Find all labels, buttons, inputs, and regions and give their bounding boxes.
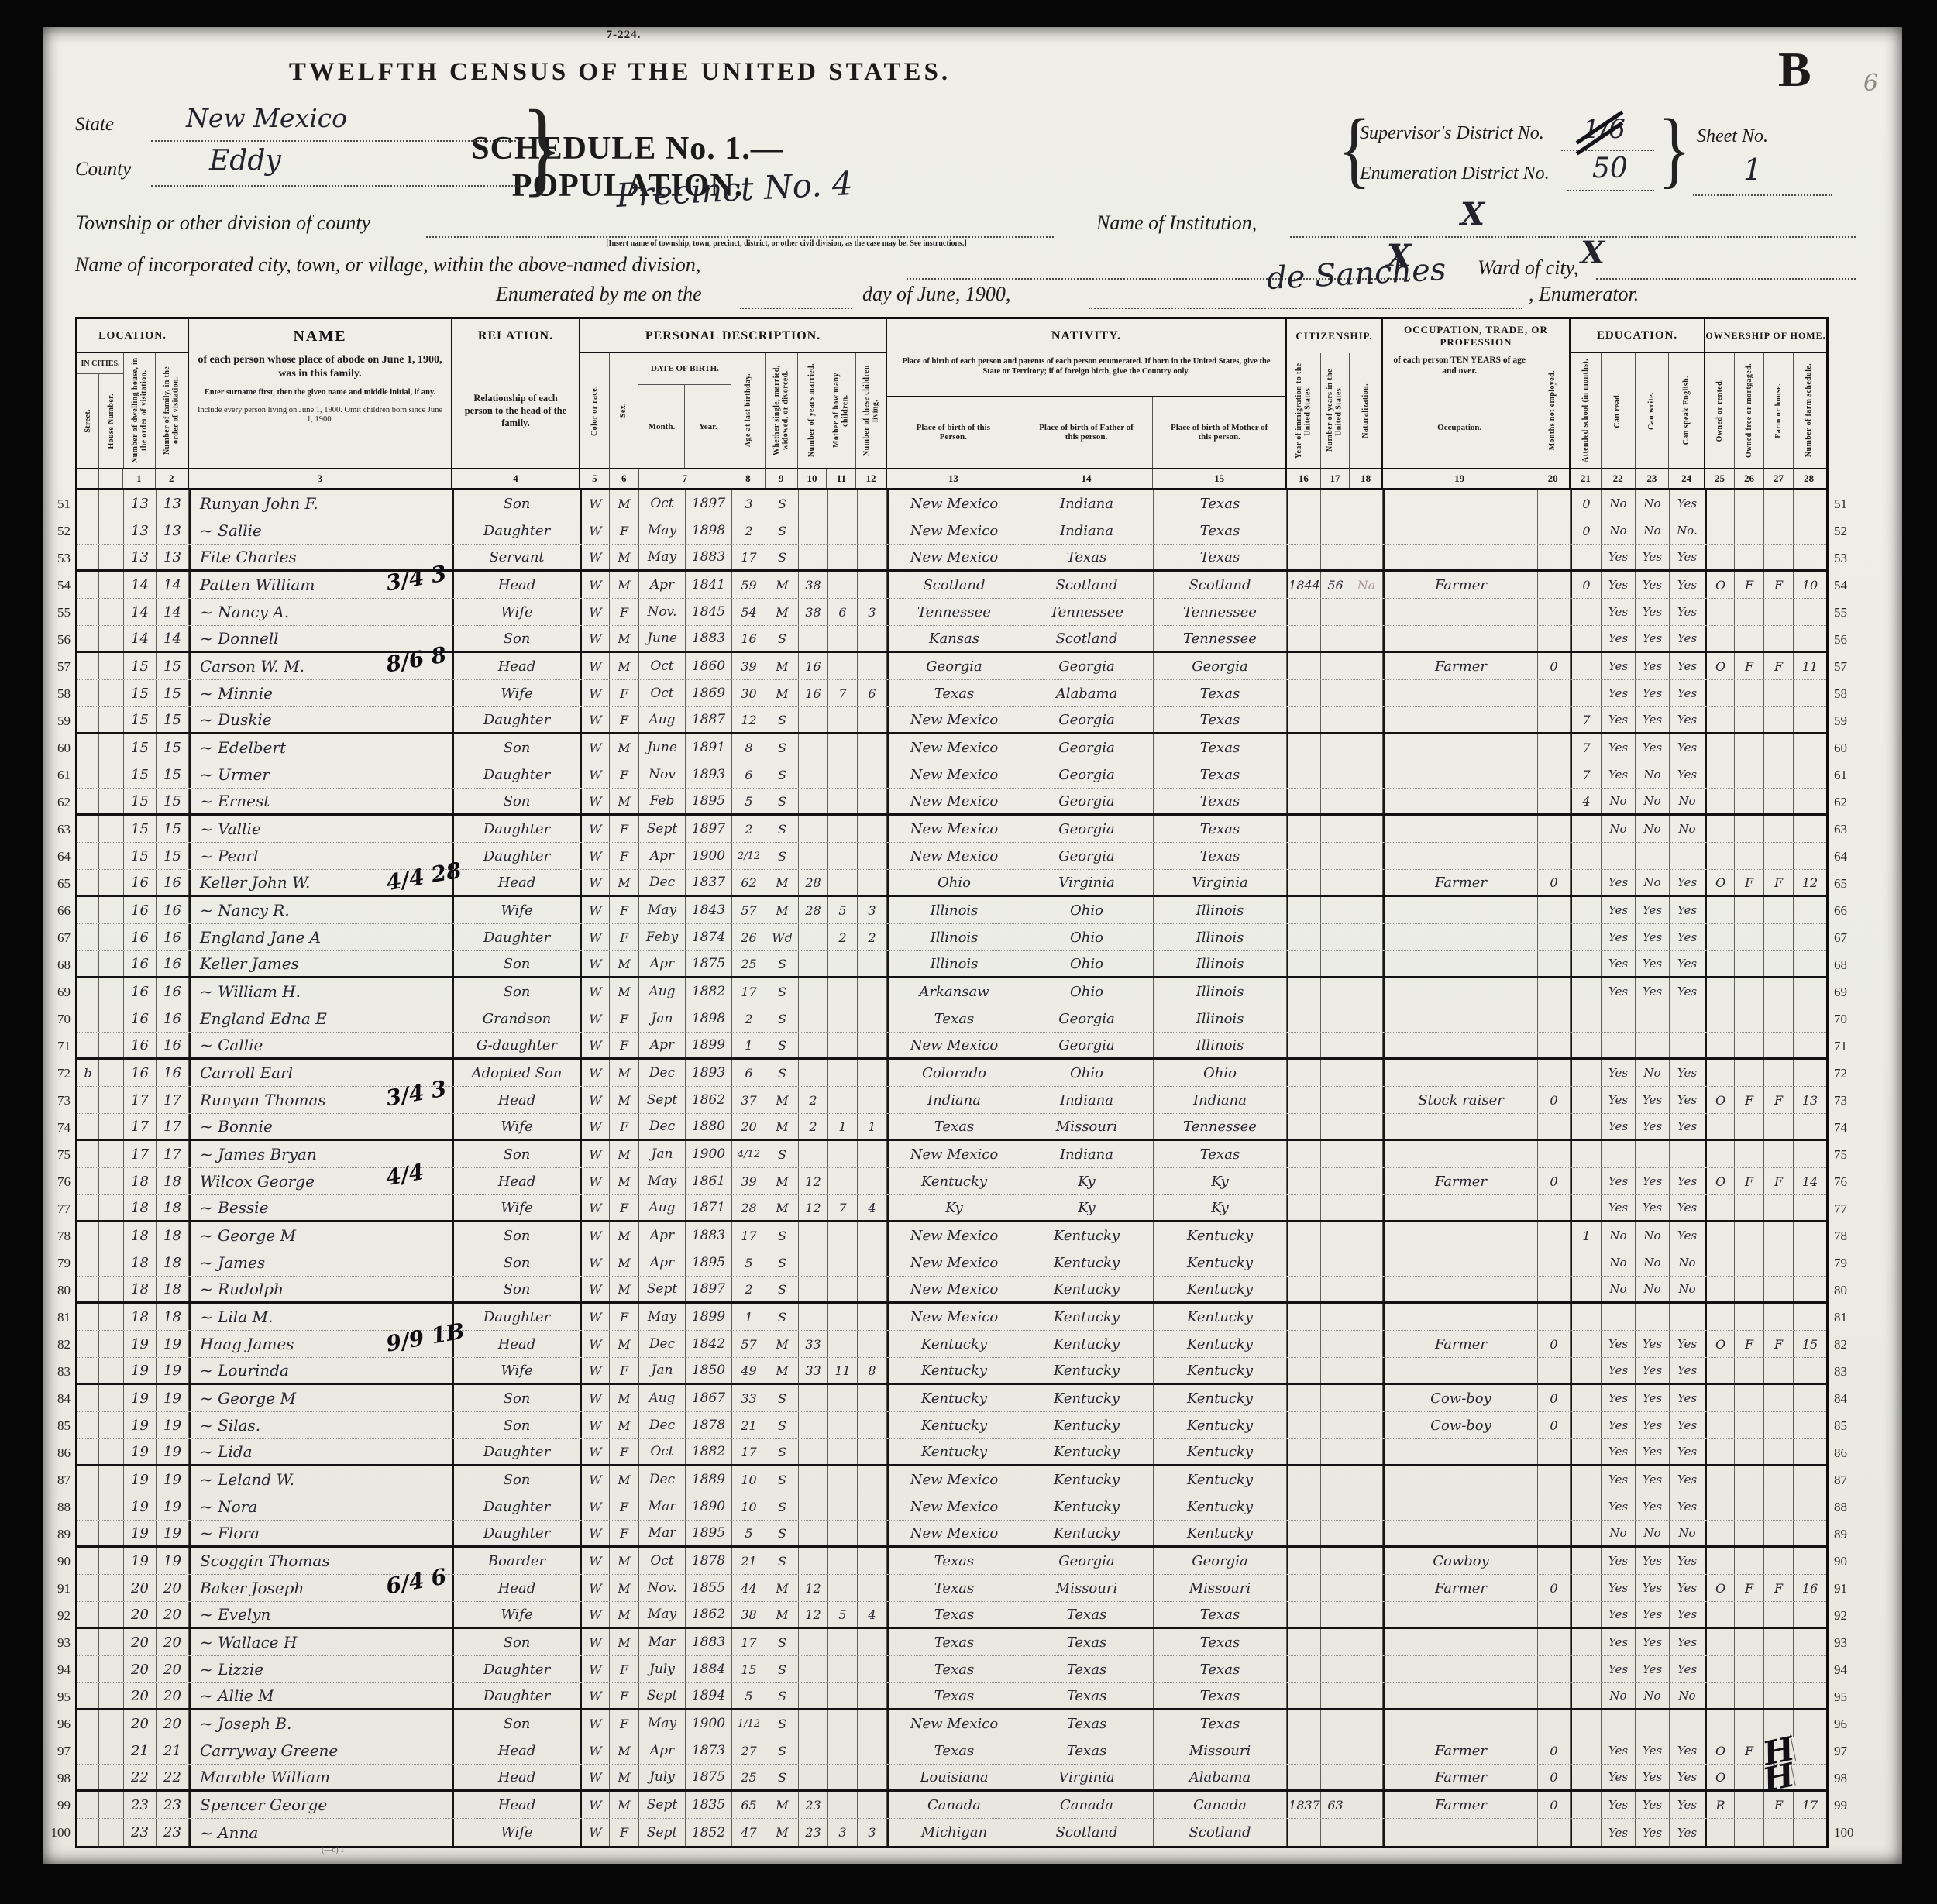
line-number: 85 <box>1829 1412 1855 1439</box>
cell-col-29 <box>1764 1493 1794 1520</box>
cell-col-15: Texas <box>887 1602 1020 1627</box>
cell-col-15: Kentucky <box>887 1385 1020 1411</box>
cell-col-17: Kentucky <box>1154 1493 1287 1520</box>
census-row: 1717~ BonnieWifeWFDec188020M211TexasMiss… <box>77 1114 1826 1141</box>
cell-col-6: W <box>580 761 610 788</box>
cell-col-29 <box>1764 545 1794 569</box>
cell-col-16: Missouri <box>1020 1114 1154 1139</box>
cell-col-24: Yes <box>1602 1439 1636 1464</box>
cell-col-24: Yes <box>1602 951 1636 976</box>
cell-col-30 <box>1794 1656 1826 1682</box>
cell-col-30 <box>1794 1683 1826 1708</box>
cell-col-0 <box>77 599 99 625</box>
cell-col-4: Spencer George <box>189 1792 452 1818</box>
state-line <box>151 140 519 142</box>
cell-col-24: Yes <box>1602 1656 1636 1682</box>
line-number: 71 <box>1829 1033 1855 1060</box>
cell-col-7: M <box>610 734 639 761</box>
cell-col-5: Son <box>452 1385 580 1411</box>
cell-col-17: Georgia <box>1154 653 1287 679</box>
cell-col-5: Servant <box>452 545 580 569</box>
cell-col-10: 17 <box>732 1439 766 1464</box>
cell-col-13 <box>828 734 858 761</box>
cell-col-22: 0 <box>1538 1792 1571 1818</box>
cell-col-7: M <box>610 1466 639 1493</box>
cell-col-20 <box>1350 1033 1383 1057</box>
cell-col-25: Yes <box>1636 653 1670 679</box>
cell-col-20 <box>1350 1060 1383 1086</box>
cell-col-22: 0 <box>1538 1385 1571 1411</box>
cell-col-18 <box>1287 653 1321 679</box>
cell-col-9: 1891 <box>686 734 732 761</box>
cell-col-14 <box>858 1222 887 1249</box>
cell-col-21 <box>1383 1141 1538 1167</box>
cell-col-14 <box>858 1656 887 1682</box>
cell-col-30 <box>1794 1710 1826 1737</box>
cell-col-16: Ohio <box>1020 978 1154 1005</box>
enumerator-suffix: , Enumerator. <box>1529 283 1639 306</box>
cell-col-7: F <box>610 1304 639 1330</box>
line-number: 96 <box>49 1710 75 1737</box>
cell-col-17: Scotland <box>1154 1819 1287 1846</box>
cell-col-1 <box>99 1656 124 1682</box>
cell-col-5: Son <box>452 1277 580 1301</box>
cell-col-13 <box>828 761 858 788</box>
cell-col-2: 19 <box>124 1358 157 1383</box>
dwelling-col-label: Number of dwelling house, in the order o… <box>131 356 149 465</box>
cell-col-24: No <box>1602 1277 1636 1301</box>
cell-col-14 <box>858 626 887 651</box>
cell-col-9: 1883 <box>686 545 732 569</box>
cell-col-11: S <box>766 1656 799 1682</box>
cell-col-25 <box>1636 1141 1670 1167</box>
cell-col-3: 18 <box>157 1168 189 1194</box>
cell-col-15: New Mexico <box>887 789 1020 813</box>
cell-col-8: Apr <box>639 1033 686 1057</box>
cell-col-24: Yes <box>1602 1060 1636 1086</box>
cell-col-13 <box>828 951 858 976</box>
cell-col-2: 18 <box>124 1168 157 1194</box>
cell-col-27: O <box>1705 1087 1735 1113</box>
cell-col-11: S <box>766 517 799 544</box>
census-row: 1717~ James BryanSonWMJan19004/12SNew Me… <box>77 1141 1826 1168</box>
cell-col-12 <box>799 1656 828 1682</box>
line-number: 86 <box>1829 1439 1855 1466</box>
line-number: 100 <box>1829 1819 1855 1846</box>
cell-col-14 <box>858 1710 887 1737</box>
cell-col-6: W <box>580 870 610 895</box>
cell-col-2: 19 <box>124 1521 157 1545</box>
cell-col-3: 22 <box>157 1765 189 1789</box>
census-row: 1515~ EdelbertSonWMJune18918SNew MexicoG… <box>77 734 1826 761</box>
cell-col-22 <box>1538 1060 1571 1086</box>
cell-col-28 <box>1735 1277 1764 1301</box>
cell-col-0 <box>77 1033 99 1057</box>
cell-col-10: 4/12 <box>732 1141 766 1167</box>
cell-col-4: England Edna E <box>189 1005 452 1032</box>
cell-col-3: 17 <box>157 1141 189 1167</box>
cell-col-17: Missouri <box>1154 1737 1287 1764</box>
cell-col-9: 1873 <box>686 1737 732 1764</box>
cell-col-17: Texas <box>1154 1141 1287 1167</box>
cell-col-10: 5 <box>732 1683 766 1708</box>
cell-col-25: Yes <box>1636 680 1670 706</box>
cell-col-29 <box>1764 1277 1794 1301</box>
line-number: 80 <box>49 1277 75 1304</box>
cell-col-25: No <box>1636 870 1670 895</box>
cell-col-1 <box>99 870 124 895</box>
cell-col-22 <box>1538 897 1571 923</box>
cell-col-11: S <box>766 1412 799 1438</box>
location-title: LOCATION. <box>77 319 188 353</box>
census-row: 2020~ Joseph B.SonWFMay19001/12SNew Mexi… <box>77 1710 1826 1737</box>
cell-col-19 <box>1321 1277 1350 1301</box>
county-line <box>151 185 519 187</box>
cell-col-22 <box>1538 1548 1571 1574</box>
cell-col-4: ~ Sallie <box>189 517 452 544</box>
cell-col-2: 19 <box>124 1385 157 1411</box>
cell-col-30: 13 <box>1794 1087 1826 1113</box>
cell-col-25: No <box>1636 517 1670 544</box>
cell-col-9: 1893 <box>686 761 732 788</box>
cell-col-11: M <box>766 653 799 679</box>
cell-col-26: Yes <box>1670 490 1705 517</box>
cell-col-12 <box>799 1005 828 1032</box>
cell-col-7: M <box>610 1629 639 1655</box>
cell-col-14 <box>858 1249 887 1276</box>
cell-col-30 <box>1794 1304 1826 1330</box>
cell-col-3: 19 <box>157 1331 189 1357</box>
cell-col-17: Texas <box>1154 707 1287 732</box>
cell-col-7: M <box>610 1385 639 1411</box>
cell-col-3: 15 <box>157 707 189 732</box>
cell-col-15: New Mexico <box>887 1222 1020 1249</box>
cell-col-23 <box>1571 545 1602 569</box>
cell-col-15: Illinois <box>887 924 1020 950</box>
cell-col-6: W <box>580 1141 610 1167</box>
cell-col-4: ~ Leland W. <box>189 1466 452 1493</box>
cell-col-16: Georgia <box>1020 1548 1154 1574</box>
cell-col-9: 1883 <box>686 1629 732 1655</box>
cell-col-30 <box>1794 816 1826 842</box>
cell-col-12: 33 <box>799 1331 828 1357</box>
cell-col-12 <box>799 490 828 517</box>
cell-col-15: Illinois <box>887 897 1020 923</box>
cell-col-10: 5 <box>732 1521 766 1545</box>
cell-col-13 <box>828 517 858 544</box>
cell-col-2: 16 <box>124 1033 157 1057</box>
census-row: 1616~ CallieG-daughterWFApr18991SNew Mex… <box>77 1033 1826 1060</box>
footnote: (—o) 1 <box>322 1846 344 1854</box>
cell-col-17: Ky <box>1154 1195 1287 1220</box>
cell-col-26: Yes <box>1670 1412 1705 1438</box>
cell-col-25 <box>1636 1033 1670 1057</box>
cell-col-0 <box>77 1304 99 1330</box>
cell-col-14 <box>858 1277 887 1301</box>
cell-col-0 <box>77 1710 99 1737</box>
cell-col-10: 17 <box>732 978 766 1005</box>
cell-col-21 <box>1383 680 1538 706</box>
cell-col-29 <box>1764 1819 1794 1846</box>
cell-col-9: 1893 <box>686 1060 732 1086</box>
personal-title: PERSONAL DESCRIPTION. <box>580 319 886 353</box>
cell-col-10: 47 <box>732 1819 766 1846</box>
cell-col-26: Yes <box>1670 951 1705 976</box>
cell-col-25: Yes <box>1636 599 1670 625</box>
cell-col-11: M <box>766 870 799 895</box>
cell-col-3: 14 <box>157 626 189 651</box>
cell-col-6: W <box>580 1222 610 1249</box>
cell-col-4: ~ George M <box>189 1385 452 1411</box>
cell-col-19 <box>1321 1819 1350 1846</box>
cell-col-5: Wife <box>452 1819 580 1846</box>
cell-col-21 <box>1383 1195 1538 1220</box>
cell-col-9: 1895 <box>686 1249 732 1276</box>
cell-col-23 <box>1571 1819 1602 1846</box>
cell-col-19 <box>1321 1710 1350 1737</box>
cell-col-6: W <box>580 490 610 517</box>
cell-col-13 <box>828 1412 858 1438</box>
cell-col-17: Ohio <box>1154 1060 1287 1086</box>
cell-col-19 <box>1321 816 1350 842</box>
cell-col-0 <box>77 734 99 761</box>
line-number: 98 <box>1829 1765 1855 1792</box>
street-col-label: Street. <box>84 409 93 433</box>
cell-col-14: 3 <box>858 1819 887 1846</box>
cell-col-23: 7 <box>1571 707 1602 732</box>
cell-col-6: W <box>580 572 610 598</box>
cell-col-24: Yes <box>1602 545 1636 569</box>
cell-col-21 <box>1383 1819 1538 1846</box>
cell-col-16: Texas <box>1020 1737 1154 1764</box>
cell-col-2: 23 <box>124 1819 157 1846</box>
cell-col-0 <box>77 1385 99 1411</box>
cell-col-18 <box>1287 816 1321 842</box>
cell-col-4: England Jane A <box>189 924 452 950</box>
cell-col-28 <box>1735 1141 1764 1167</box>
cell-col-25: No <box>1636 1277 1670 1301</box>
group-name: NAME of each person whose place of abode… <box>189 319 452 488</box>
cell-col-23: 4 <box>1571 789 1602 813</box>
cell-col-21 <box>1383 599 1538 625</box>
cell-col-25: Yes <box>1636 1466 1670 1493</box>
cell-col-15: Michigan <box>887 1819 1020 1846</box>
cell-col-17: Kentucky <box>1154 1412 1287 1438</box>
cell-col-27 <box>1705 1710 1735 1737</box>
cell-col-3: 16 <box>157 1005 189 1032</box>
census-row: 1919~ FloraDaughterWFMar18955SNew Mexico… <box>77 1521 1826 1548</box>
cell-col-27: O <box>1705 870 1735 895</box>
line-number: 66 <box>49 897 75 924</box>
cell-col-30 <box>1794 1466 1826 1493</box>
col-num-4: 4 <box>452 469 579 488</box>
cell-col-16: Kentucky <box>1020 1358 1154 1383</box>
cell-col-18 <box>1287 1575 1321 1601</box>
cell-col-5: Daughter <box>452 843 580 869</box>
col-num-10: 10 <box>798 469 827 488</box>
cell-col-12 <box>799 951 828 976</box>
cell-col-7: M <box>610 490 639 517</box>
cell-col-18 <box>1287 789 1321 813</box>
cell-col-5: Wife <box>452 599 580 625</box>
cell-col-1 <box>99 1710 124 1737</box>
cell-col-21 <box>1383 1466 1538 1493</box>
cell-col-8: Sept <box>639 816 686 842</box>
page-head: 7-224. TWELFTH CENSUS OF THE UNITED STAT… <box>43 27 1902 315</box>
cell-col-1 <box>99 1385 124 1411</box>
cell-col-1 <box>99 1521 124 1545</box>
cell-col-19: 56 <box>1321 572 1350 598</box>
cell-col-22: 0 <box>1538 1087 1571 1113</box>
cell-col-14 <box>858 1033 887 1057</box>
cell-col-11: S <box>766 1222 799 1249</box>
cell-col-8: Feby <box>639 924 686 950</box>
cell-col-22 <box>1538 1304 1571 1330</box>
cell-col-2: 21 <box>124 1737 157 1764</box>
cell-col-5: Wife <box>452 1358 580 1383</box>
cell-col-23 <box>1571 653 1602 679</box>
cell-col-5: Grandson <box>452 1005 580 1032</box>
cell-col-2: 20 <box>124 1602 157 1627</box>
cell-col-24: No <box>1602 1521 1636 1545</box>
cell-col-17: Kentucky <box>1154 1304 1287 1330</box>
cell-col-13 <box>828 1683 858 1708</box>
line-number: 54 <box>1829 572 1855 599</box>
cell-col-21 <box>1383 761 1538 788</box>
cell-col-10: 25 <box>732 951 766 976</box>
cell-col-30 <box>1794 789 1826 813</box>
cell-col-29 <box>1764 897 1794 923</box>
cell-col-28 <box>1735 1710 1764 1737</box>
cell-col-18 <box>1287 924 1321 950</box>
cell-col-2: 15 <box>124 680 157 706</box>
cell-col-8: May <box>639 1168 686 1194</box>
cell-col-23 <box>1571 1114 1602 1139</box>
cell-col-0 <box>77 924 99 950</box>
cell-col-9: 1887 <box>686 707 732 732</box>
cell-col-19 <box>1321 1602 1350 1627</box>
line-number: 84 <box>1829 1385 1855 1412</box>
cell-col-23 <box>1571 1683 1602 1708</box>
line-number: 58 <box>49 680 75 707</box>
cell-col-15: Scotland <box>887 572 1020 598</box>
cell-col-11: S <box>766 626 799 651</box>
cell-col-8: Dec <box>639 1331 686 1357</box>
cell-col-6: W <box>580 680 610 706</box>
cell-col-18 <box>1287 951 1321 976</box>
line-number: 89 <box>49 1521 75 1548</box>
cell-col-2: 15 <box>124 843 157 869</box>
cell-col-4: ~ Vallie <box>189 816 452 842</box>
cell-col-22 <box>1538 1819 1571 1846</box>
census-row: 1515~ MinnieWifeWFOct186930M1676TexasAla… <box>77 680 1826 707</box>
cell-col-29 <box>1764 1222 1794 1249</box>
cell-col-26: Yes <box>1670 572 1705 598</box>
cell-col-7: M <box>610 1575 639 1601</box>
cell-col-26 <box>1670 1005 1705 1032</box>
cell-col-20 <box>1350 1521 1383 1545</box>
cell-col-13 <box>828 1466 858 1493</box>
cell-col-21: Cow-boy <box>1383 1412 1538 1438</box>
cell-col-29 <box>1764 490 1794 517</box>
cell-col-13 <box>828 653 858 679</box>
cell-col-17: Illinois <box>1154 978 1287 1005</box>
cell-col-12: 2 <box>799 1087 828 1113</box>
cell-col-17: Scotland <box>1154 572 1287 598</box>
cell-col-12: 2 <box>799 1114 828 1139</box>
cell-col-30 <box>1794 1629 1826 1655</box>
occupation-sub: of each person TEN YEARS of age and over… <box>1383 353 1536 387</box>
cell-col-22 <box>1538 816 1571 842</box>
cell-col-12 <box>799 1385 828 1411</box>
cell-col-16: Georgia <box>1020 816 1154 842</box>
cell-col-23 <box>1571 1737 1602 1764</box>
cell-col-13 <box>828 545 858 569</box>
cell-col-10: 12 <box>732 707 766 732</box>
cell-col-6: W <box>580 734 610 761</box>
cell-col-19 <box>1321 599 1350 625</box>
cell-col-0 <box>77 517 99 544</box>
cell-col-27 <box>1705 1412 1735 1438</box>
cell-col-28 <box>1735 951 1764 976</box>
cell-col-11: S <box>766 545 799 569</box>
line-number: 85 <box>49 1412 75 1439</box>
cell-col-0 <box>77 1466 99 1493</box>
cell-col-9: 1880 <box>686 1114 732 1139</box>
cell-col-10: 6 <box>732 761 766 788</box>
cell-col-5: G-daughter <box>452 1033 580 1057</box>
cell-col-29: F <box>1764 572 1794 598</box>
cell-col-13 <box>828 1331 858 1357</box>
cell-col-6: W <box>580 1331 610 1357</box>
cell-col-30 <box>1794 843 1826 869</box>
cell-col-1 <box>99 1629 124 1655</box>
cell-col-7: M <box>610 1602 639 1627</box>
cell-col-1 <box>99 517 124 544</box>
cell-col-16: Kentucky <box>1020 1331 1154 1357</box>
cell-col-2: 16 <box>124 870 157 895</box>
cell-col-9: 1875 <box>686 951 732 976</box>
cell-col-29 <box>1764 599 1794 625</box>
cell-col-22 <box>1538 1683 1571 1708</box>
cell-col-5: Daughter <box>452 1493 580 1520</box>
cell-col-9: 1897 <box>686 1277 732 1301</box>
cell-col-9: 1862 <box>686 1602 732 1627</box>
cell-col-8: May <box>639 1304 686 1330</box>
cell-col-26: Yes <box>1670 1792 1705 1818</box>
cell-col-21 <box>1383 1629 1538 1655</box>
cell-col-3: 20 <box>157 1629 189 1655</box>
cell-col-0 <box>77 1819 99 1846</box>
line-number: 55 <box>49 599 75 626</box>
cell-col-29 <box>1764 816 1794 842</box>
col-num-2: 2 <box>156 469 188 488</box>
cell-col-24: Yes <box>1602 653 1636 679</box>
cell-col-6: W <box>580 1737 610 1764</box>
cell-col-11: M <box>766 1114 799 1139</box>
cell-col-12 <box>799 1439 828 1464</box>
cell-col-23 <box>1571 1168 1602 1194</box>
cell-col-4: ~ Bonnie <box>189 1114 452 1139</box>
cell-col-4: Runyan John F. <box>189 490 452 517</box>
cell-col-22 <box>1538 761 1571 788</box>
cell-col-1 <box>99 1249 124 1276</box>
cell-col-1 <box>99 599 124 625</box>
cell-col-15: New Mexico <box>887 734 1020 761</box>
line-number: 61 <box>1829 761 1855 789</box>
cell-col-2: 15 <box>124 816 157 842</box>
cell-col-13: 1 <box>828 1114 858 1139</box>
